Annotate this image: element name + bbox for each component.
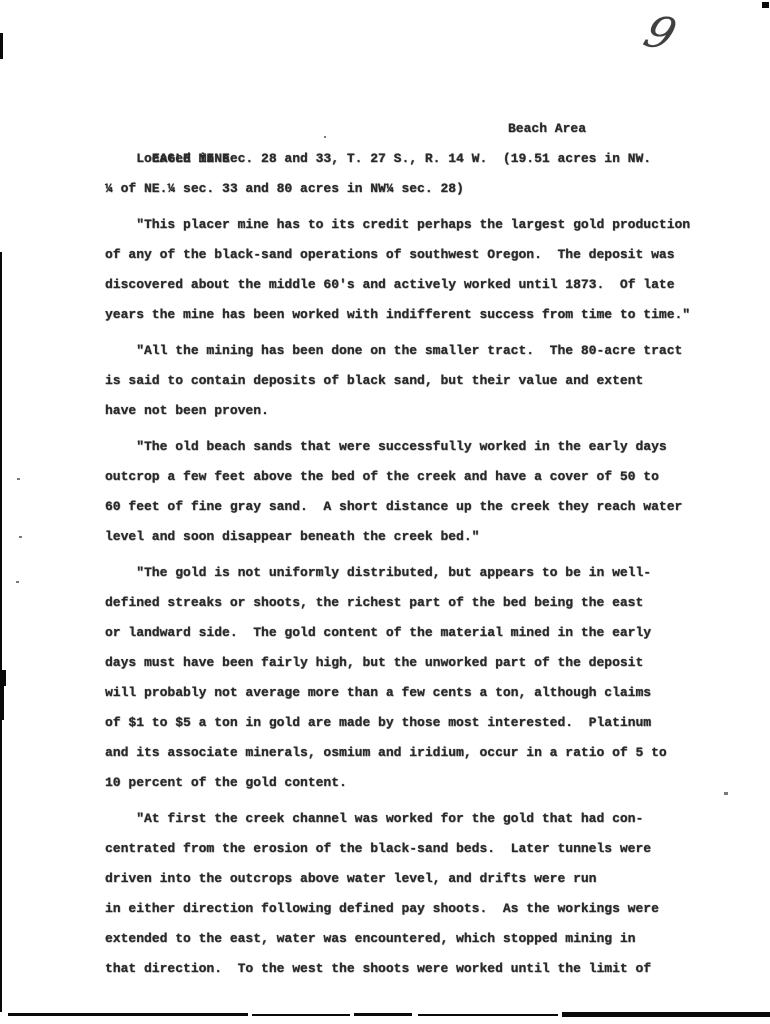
text-line: centrated from the erosion of the black-… — [105, 834, 725, 864]
text-line: that direction. To the west the shoots w… — [105, 954, 725, 984]
text-line: 60 feet of fine gray sand. A short dista… — [105, 492, 725, 522]
text-line: in either direction following defined pa… — [105, 894, 725, 924]
scan-artifact-left-edge-line — [0, 252, 2, 1012]
document-lines: Located in sec. 28 and 33, T. 27 S., R. … — [105, 144, 725, 984]
text-line: ¼ of NE.¼ sec. 33 and 80 acres in NW¼ se… — [105, 174, 725, 204]
text-line: "This placer mine has to its credit perh… — [105, 210, 725, 240]
text-line: days must have been fairly high, but the… — [105, 648, 725, 678]
text-line: defined streaks or shoots, the richest p… — [105, 588, 725, 618]
text-line: "All the mining has been done on the sma… — [105, 336, 725, 366]
text-line: have not been proven. — [105, 396, 725, 426]
text-line: years the mine has been worked with indi… — [105, 300, 725, 330]
text-line: and its associate minerals, osmium and i… — [105, 738, 725, 768]
doc-area-label: Beach Area — [508, 114, 586, 144]
text-line: of $1 to $5 a ton in gold are made by th… — [105, 708, 725, 738]
text-line: extended to the east, water was encounte… — [105, 924, 725, 954]
scan-artifact-left-blob-2 — [0, 686, 4, 720]
text-line: discovered about the middle 60's and act… — [105, 270, 725, 300]
text-line: or landward side. The gold content of th… — [105, 618, 725, 648]
text-line: 10 percent of the gold content. — [105, 768, 725, 798]
text-line: of any of the black-sand operations of s… — [105, 240, 725, 270]
scan-artifact-bottom-bar-4 — [418, 1014, 558, 1016]
text-line: "At first the creek channel was worked f… — [105, 804, 725, 834]
text-line: driven into the outcrops above water lev… — [105, 864, 725, 894]
scanned-page: 9 EAGLE MINE Beach Area Located in sec. … — [0, 0, 770, 1024]
scan-artifact-bottom-bar-5 — [562, 1012, 770, 1017]
scan-artifact-left-top-mark — [0, 33, 3, 59]
handwritten-page-number: 9 — [637, 7, 682, 61]
scan-speck-3 — [16, 581, 19, 583]
scan-artifact-bottom-bar-1 — [8, 1013, 248, 1016]
document-body: EAGLE MINE Beach Area Located in sec. 28… — [105, 114, 725, 984]
scan-artifact-bottom-bar-3 — [354, 1013, 412, 1016]
scan-speck-1 — [17, 478, 20, 480]
text-line: will probably not average more than a fe… — [105, 678, 725, 708]
doc-title: EAGLE MINE — [152, 151, 230, 166]
scan-artifact-corner-square — [762, 2, 769, 8]
text-line: outcrop a few feet above the bed of the … — [105, 462, 725, 492]
scan-artifact-left-blob-1 — [0, 670, 6, 686]
text-line: level and soon disappear beneath the cre… — [105, 522, 725, 552]
scan-speck-2 — [19, 536, 22, 538]
text-line: "The gold is not uniformly distributed, … — [105, 558, 725, 588]
scan-artifact-bottom-bar-2 — [252, 1014, 350, 1016]
document-header: EAGLE MINE Beach Area — [105, 114, 725, 144]
text-line: "The old beach sands that were successfu… — [105, 432, 725, 462]
text-line: is said to contain deposits of black san… — [105, 366, 725, 396]
